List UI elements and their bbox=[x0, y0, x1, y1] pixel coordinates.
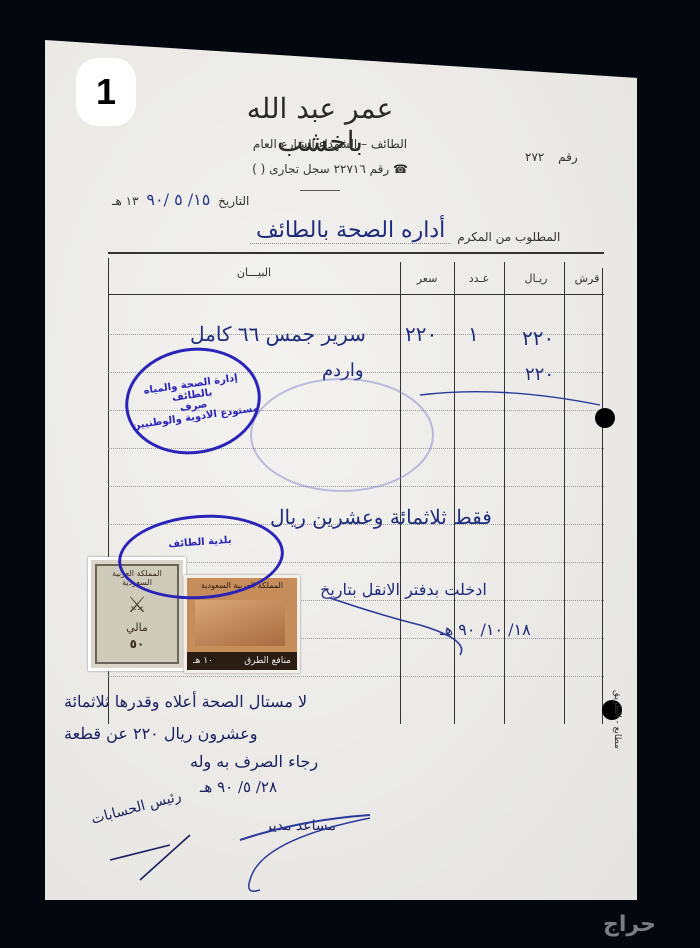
stamp-value: ٥٠ bbox=[97, 637, 177, 651]
road-works-illustration-icon bbox=[195, 600, 285, 646]
punch-hole bbox=[595, 408, 615, 428]
stamp-band: ١٠ هـ منافع الطرق bbox=[187, 652, 297, 670]
printer-imprint: مطابع - الطريق bbox=[612, 690, 622, 749]
faint-stamp bbox=[250, 378, 434, 492]
stamp-line: بلدية الطائف bbox=[120, 531, 280, 553]
haraj-watermark-logo: حراج bbox=[603, 912, 656, 937]
stamp-value: ١٠ هـ bbox=[193, 656, 213, 666]
stamp-label: منافع الطرق bbox=[244, 656, 291, 666]
stamp-label: مالي bbox=[97, 621, 177, 634]
